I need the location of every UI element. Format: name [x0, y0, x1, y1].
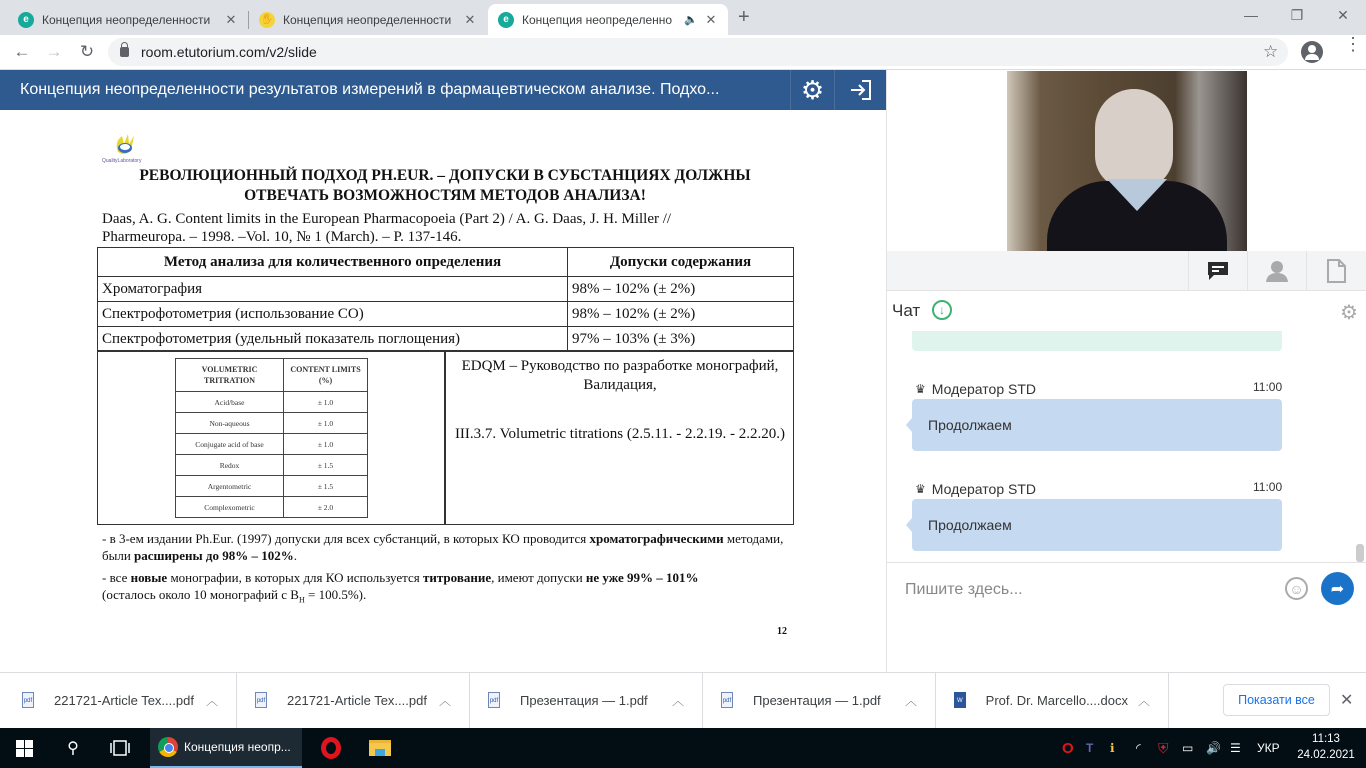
new-tab-button[interactable]: +	[738, 6, 750, 29]
chevron-up-icon[interactable]: ︿	[905, 692, 917, 709]
content-limits-table: Метод анализа для количественного опреде…	[97, 247, 794, 352]
download-item[interactable]: pdf 221721-Article Tex....pdf ︿	[237, 672, 470, 728]
browser-tab-2[interactable]: ✋ Концепция неопределенности ✕	[249, 4, 487, 35]
download-item[interactable]: pdf Презентация — 1.pdf ︿	[470, 672, 703, 728]
chat-title: Чат	[892, 301, 920, 321]
note-1: - в 3-ем издании Ph.Eur. (1997) допуски …	[102, 530, 792, 564]
chevron-up-icon[interactable]: ︿	[439, 692, 451, 709]
pdf-file-icon: pdf	[22, 692, 34, 708]
chrome-icon	[158, 737, 178, 757]
quality-laboratory-icon: ✋	[259, 12, 275, 28]
windows-start-icon[interactable]	[10, 728, 38, 768]
browser-menu-icon[interactable]: ⋮	[1344, 40, 1350, 48]
download-chat-icon[interactable]: ↓	[932, 300, 952, 320]
close-tab-icon[interactable]: ✕	[704, 12, 718, 28]
message-header: ♛ Модератор STD	[915, 381, 1036, 397]
message-header: ♛ Модератор STD	[915, 481, 1036, 497]
tab-participants[interactable]	[1247, 251, 1306, 291]
slide-page-number: 12	[777, 626, 787, 637]
file-icon	[1326, 259, 1346, 283]
edqm-reference: III.3.7. Volumetric titrations (2.5.11. …	[450, 425, 790, 444]
keyboard-language[interactable]: УКР	[1257, 728, 1280, 768]
note-2: - все новые монографии, в которых для КО…	[102, 569, 792, 609]
lower-table-divider	[444, 350, 446, 525]
table-row: Conjugate acid of base± 1.0	[176, 434, 368, 455]
table-row: Спектрофотометрия (удельный показатель п…	[98, 327, 794, 352]
previous-message-bubble	[912, 331, 1282, 351]
table-row: Спектрофотометрия (использование СО) 98%…	[98, 302, 794, 327]
task-view-icon[interactable]	[106, 728, 134, 768]
download-item[interactable]: pdf Презентация — 1.pdf ︿	[703, 672, 936, 728]
tray-opera-icon[interactable]: O	[1062, 728, 1074, 768]
table-row: Redox± 1.5	[176, 455, 368, 476]
bookmark-star-icon[interactable]: ☆	[1263, 42, 1278, 62]
tray-teams-icon[interactable]: T	[1086, 728, 1093, 768]
profile-avatar-icon[interactable]	[1301, 41, 1323, 63]
tab-files[interactable]	[1306, 251, 1365, 291]
show-all-downloads-button[interactable]: Показати все	[1223, 684, 1330, 716]
presenter-webcam-video	[1007, 71, 1247, 251]
settings-gear-icon[interactable]: ⚙	[790, 70, 834, 110]
message-bubble: Продолжаем	[912, 499, 1282, 551]
address-bar[interactable]: room.etutorium.com/v2/slide	[108, 38, 1288, 66]
tab-chat[interactable]	[1188, 251, 1247, 291]
chevron-up-icon[interactable]: ︿	[206, 692, 218, 709]
pdf-file-icon: pdf	[721, 692, 733, 708]
lock-icon	[120, 47, 129, 57]
moderator-crown-icon: ♛	[915, 482, 926, 496]
message-time: 11:00	[1253, 380, 1282, 394]
reload-button[interactable]: ↻	[77, 42, 97, 62]
word-file-icon: W	[954, 692, 966, 708]
search-icon[interactable]: ⚲	[60, 728, 86, 768]
url-text: room.etutorium.com/v2/slide	[141, 44, 317, 60]
exit-icon[interactable]	[834, 70, 886, 110]
download-item[interactable]: W Prof. Dr. Marcello....docx ︿	[936, 672, 1169, 728]
close-tab-icon[interactable]: ✕	[463, 12, 477, 28]
close-tab-icon[interactable]: ✕	[224, 12, 238, 28]
chat-settings-gear-icon[interactable]: ⚙	[1340, 300, 1358, 325]
table-row: Argentometric± 1.5	[176, 476, 368, 497]
taskbar-chrome-app[interactable]: Концепция неопр...	[150, 728, 302, 768]
window-close-button[interactable]: ✕	[1320, 0, 1366, 30]
tray-security-shield-icon[interactable]: ⛨	[1158, 728, 1169, 768]
edqm-text: EDQM – Руководство по разработке моногра…	[450, 357, 790, 395]
user-icon	[1265, 259, 1289, 283]
send-message-button[interactable]: ➦	[1321, 572, 1354, 605]
slide-title: РЕВОЛЮЦИОННЫЙ ПОДХОД PH.EUR. – ДОПУСКИ В…	[100, 166, 790, 206]
citation: Daas, A. G. Content limits in the Europe…	[102, 210, 792, 246]
presentation-title: Концепция неопределенности результатов и…	[20, 81, 719, 99]
taskbar-clock[interactable]: 11:13 24.02.2021	[1296, 731, 1356, 763]
table-header-row: Метод анализа для количественного опреде…	[98, 248, 794, 277]
file-explorer-icon[interactable]	[368, 728, 392, 768]
audio-playing-icon[interactable]: 🔈	[684, 13, 698, 26]
table-row: Complexometric± 2.0	[176, 497, 368, 518]
message-time: 11:00	[1253, 480, 1282, 494]
logo-caption: QualityLaboratory	[102, 158, 141, 164]
table-row: Acid/base± 1.0	[176, 392, 368, 413]
emoji-icon[interactable]: ☺	[1285, 577, 1308, 600]
message-bubble: Продолжаем	[912, 399, 1282, 451]
volumetric-titration-table: VOLUMETRIC TRITRATIONCONTENT LIMITS (%) …	[175, 358, 368, 518]
tray-notifications-icon[interactable]: ☰	[1230, 728, 1241, 768]
app-header: Концепция неопределенности результатов и…	[0, 70, 886, 110]
tray-info-icon[interactable]: ℹ	[1110, 728, 1115, 768]
table-row: Хроматография 98% – 102% (± 2%)	[98, 277, 794, 302]
pdf-file-icon: pdf	[488, 692, 500, 708]
tray-wifi-icon[interactable]: ◜	[1136, 728, 1141, 768]
chevron-up-icon[interactable]: ︿	[1138, 692, 1150, 709]
minimize-button[interactable]: —	[1228, 0, 1274, 30]
chat-scrollbar[interactable]	[1356, 544, 1364, 562]
etutorium-icon: e	[18, 12, 34, 28]
download-item[interactable]: pdf 221721-Article Tex....pdf ︿	[0, 672, 237, 728]
chevron-up-icon[interactable]: ︿	[672, 692, 684, 709]
tray-volume-icon[interactable]: 🔊	[1206, 728, 1221, 768]
forward-button[interactable]: →	[44, 42, 64, 62]
browser-tab-1[interactable]: e Концепция неопределенности ✕	[8, 4, 248, 35]
tray-battery-icon[interactable]: ▭	[1182, 728, 1193, 768]
back-button[interactable]: ←	[12, 42, 32, 62]
quality-laboratory-logo	[112, 132, 142, 156]
browser-tab-3-active[interactable]: e Концепция неопределенно 🔈 ✕	[488, 4, 728, 35]
table-row: Non-aqueous± 1.0	[176, 413, 368, 434]
chat-icon	[1206, 260, 1230, 282]
close-downloads-icon[interactable]: ✕	[1340, 690, 1353, 710]
restore-button[interactable]: ❐	[1274, 0, 1320, 30]
opera-icon[interactable]	[318, 728, 344, 768]
chat-message-input[interactable]	[905, 579, 1265, 601]
pdf-file-icon: pdf	[255, 692, 267, 708]
moderator-crown-icon: ♛	[915, 382, 926, 396]
etutorium-icon: e	[498, 12, 514, 28]
